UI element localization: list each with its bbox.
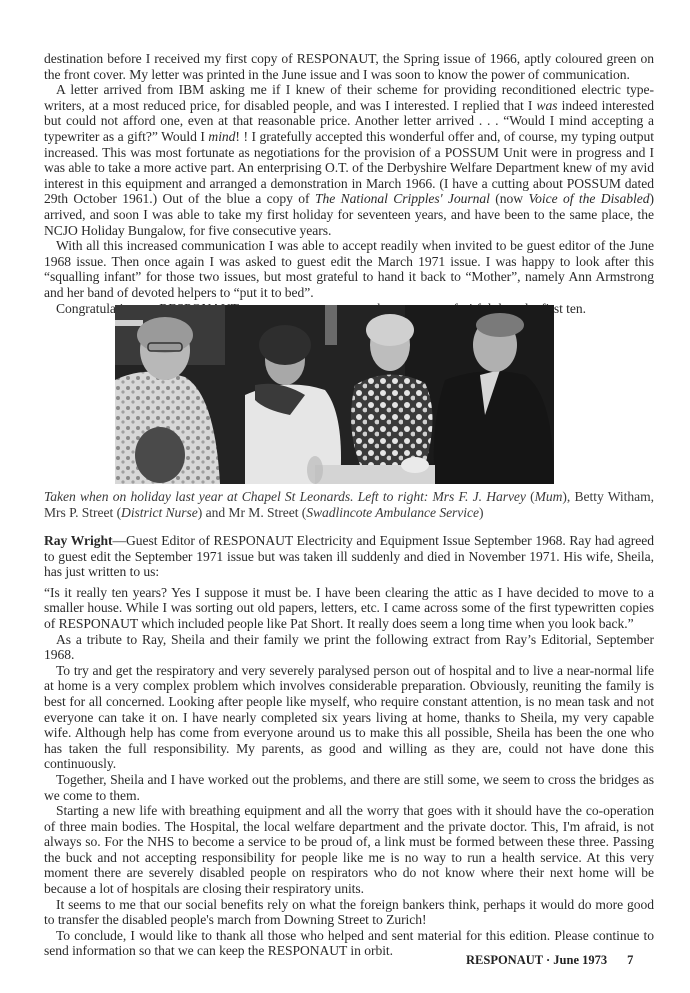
article-section-intro: destination before I received my first c… [44,51,654,316]
emphasis-mind: mind [208,129,235,144]
paragraph-social-benefits: It seems to me that our social benefits … [44,897,654,928]
page-number: 7 [627,953,633,968]
paragraph-tribute: As a tribute to Ray, Sheila and their fa… [44,632,654,663]
publication-issue: RESPONAUT · June 1973 [466,953,607,967]
paragraph-together: Together, Sheila and I have worked out t… [44,772,654,803]
photo-caption: Taken when on holiday last year at Chape… [44,489,654,520]
journal-new-title: Voice of the Disabled [528,191,649,206]
page-footer: RESPONAUT · June 19737 [466,953,633,968]
photo-image [115,305,554,484]
paragraph-starting: Starting a new life with breathing equip… [44,803,654,897]
person-name: Ray Wright [44,533,112,548]
emphasis-was: was [536,98,557,113]
article-section-ray-wright: Ray Wright—Guest Editor of RESPONAUT Ele… [44,533,654,959]
paragraph-respiratory: To try and get the respiratory and very … [44,663,654,772]
group-photo [115,305,554,484]
paragraph-ray-wright-intro: Ray Wright—Guest Editor of RESPONAUT Ele… [44,533,654,580]
paragraph-ibm-letter: A letter arrived from IBM asking me if I… [44,82,654,238]
journal-title: The National Cripples' Journal [315,191,490,206]
paragraph-guest-editor: With all this increased communication I … [44,238,654,300]
paragraph-sheila-quote: “Is it really ten years? Yes I suppose i… [44,585,654,632]
paragraph-destination: destination before I received my first c… [44,51,654,82]
document-page: destination before I received my first c… [44,51,654,316]
